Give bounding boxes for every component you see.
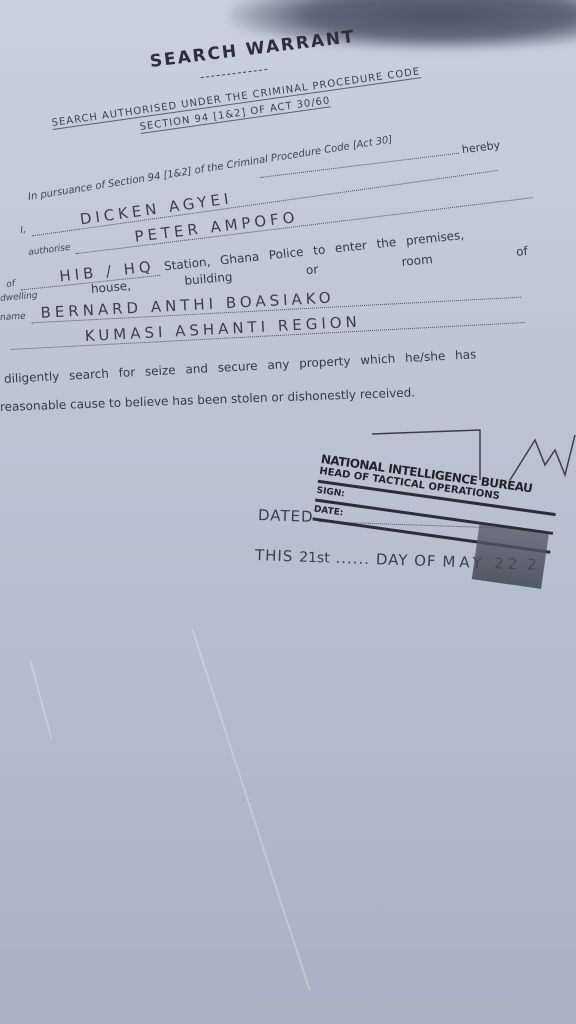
premises-type-building: building: [184, 270, 233, 288]
clause-line-2: reasonable cause to believe has been sto…: [0, 386, 415, 414]
dated-label: DATED: [258, 506, 314, 526]
label-authorise: authorise: [28, 243, 71, 258]
premises-type-or: or: [305, 262, 318, 277]
label-name: name: [0, 312, 26, 323]
search-warrant-document: SEARCH WARRANT ------------- SEARCH AUTH…: [0, 0, 576, 1024]
premises-type-room: room: [401, 252, 433, 269]
premises-type-house: house,: [90, 279, 131, 296]
this-label: THIS: [255, 546, 294, 565]
title-rule: -------------: [199, 62, 269, 84]
premises-type-dwelling: dwelling: [0, 291, 38, 304]
premises-type-of: of: [516, 244, 529, 259]
label-i: I,: [20, 225, 27, 236]
stamp-ink-block: [472, 525, 549, 589]
clause-line-1: diligently search for seize and secure a…: [4, 347, 477, 386]
